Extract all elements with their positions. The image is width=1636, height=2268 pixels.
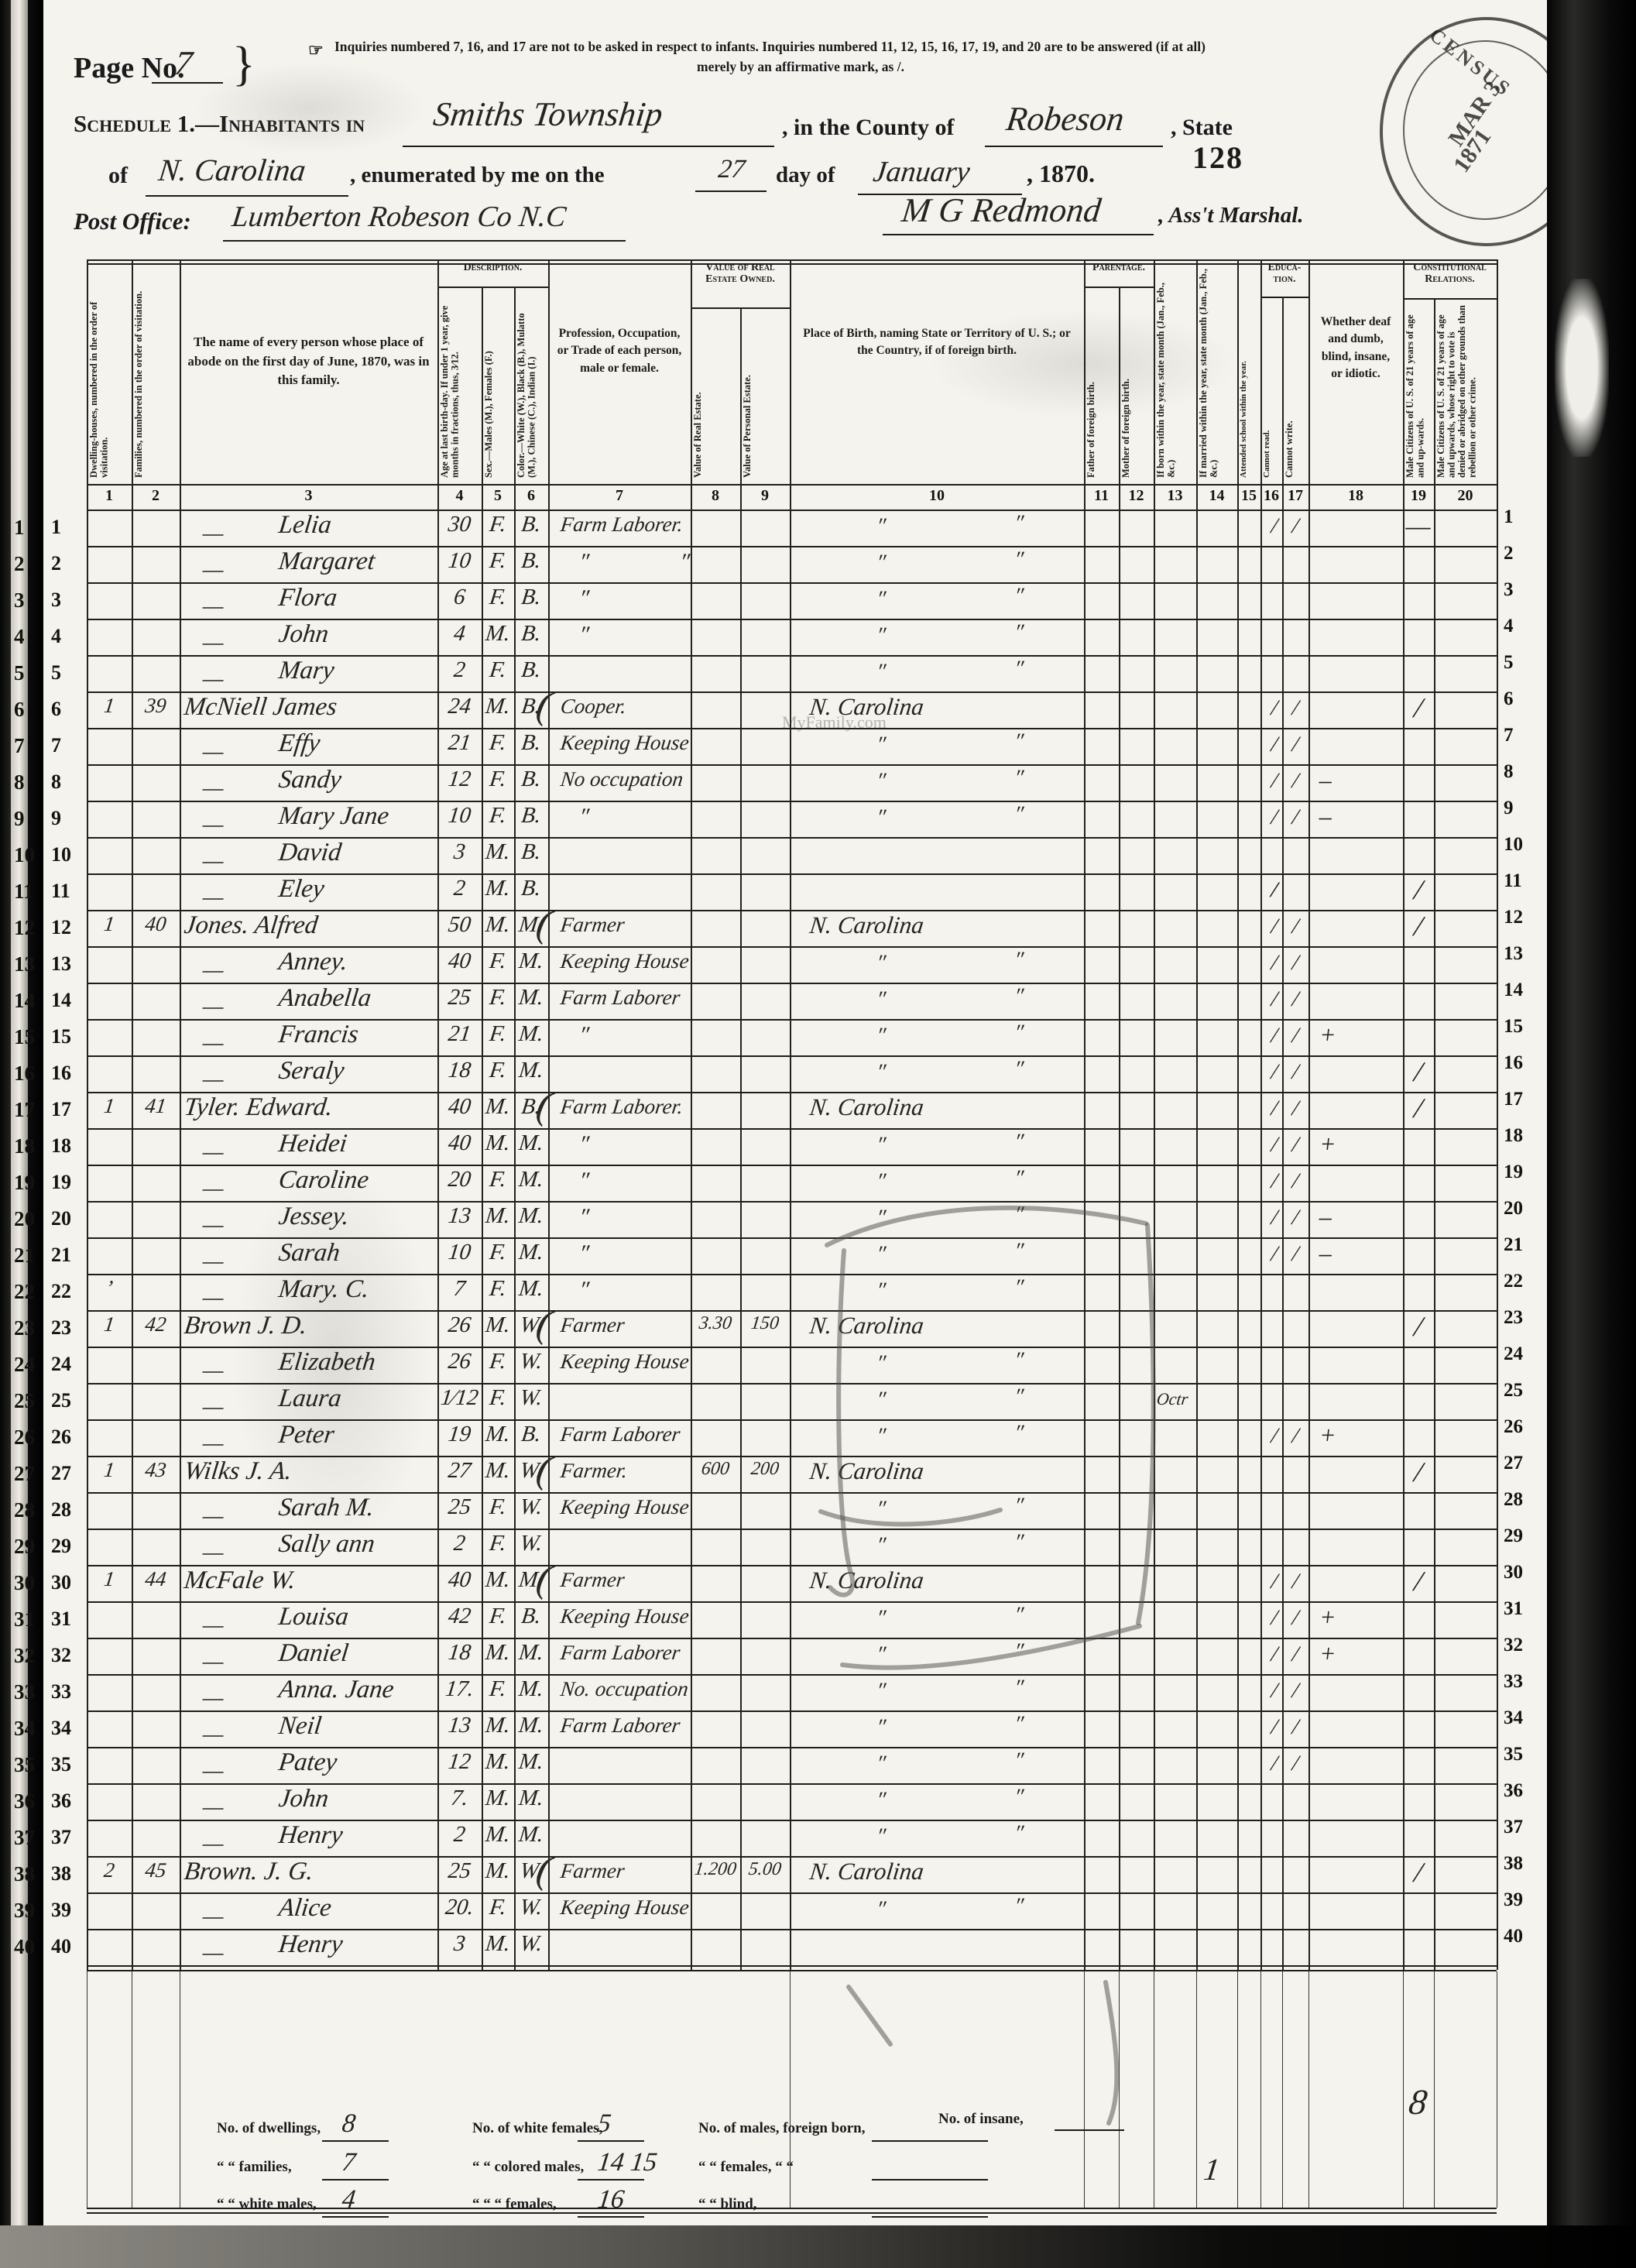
row-26-age: 19	[436, 1422, 483, 1447]
row-12-cannot-read-mark: /	[1259, 914, 1284, 939]
right-row-number-23: 23	[1504, 1307, 1523, 1329]
row-5-age: 2	[436, 658, 483, 683]
right-row-number-21: 21	[1504, 1234, 1523, 1256]
row-25-birthplace-ditto-2: ″	[1013, 1384, 1025, 1409]
row-21-name: Sarah	[277, 1239, 341, 1268]
summary-3-2-value: 16	[596, 2185, 626, 2215]
column-number-7: 7	[548, 487, 691, 505]
row-13-name: Anney.	[277, 948, 349, 976]
row-25-born-month: Octr	[1155, 1389, 1189, 1409]
row-4-surname-ditto-dash: —	[201, 630, 225, 656]
row-23-name: Brown J. D.	[183, 1312, 309, 1340]
row-15-birthplace-ditto-1: ″	[875, 1024, 887, 1048]
row-24-color: W.	[513, 1350, 550, 1374]
row-13-surname-ditto-dash: —	[201, 957, 225, 983]
left-inner-row-number-11: 11	[51, 880, 70, 903]
right-row-number-28: 28	[1504, 1489, 1523, 1511]
row-37-color: M.	[513, 1823, 550, 1848]
row-21-sex: F.	[480, 1240, 516, 1265]
right-edge-highlight	[1555, 279, 1609, 457]
row-37-sex: M.	[480, 1823, 516, 1848]
column-title-9: Value of Personal Estate.	[743, 311, 787, 478]
row-30-birthplace: N. Carolina	[808, 1566, 925, 1594]
row-39-age: 20.	[436, 1896, 483, 1920]
left-inner-row-number-16: 16	[51, 1062, 71, 1085]
summary-1-3-line	[872, 2140, 988, 2142]
right-row-number-16: 16	[1504, 1052, 1523, 1074]
row-31-deaf-dumb-mark: +	[1318, 1603, 1338, 1632]
row-8-surname-ditto-dash: —	[201, 775, 225, 801]
row-13-occupation: Keeping House	[559, 949, 691, 973]
summary-2-1-line	[322, 2179, 389, 2181]
row-7-sex: F.	[480, 731, 516, 756]
row-18-occupation: ″	[578, 1131, 591, 1158]
row-23-occupation: Farmer	[559, 1313, 626, 1337]
column-title-17: Cannot write.	[1284, 300, 1306, 478]
row-33-name: Anna. Jane	[277, 1676, 396, 1704]
row-1-color: B.	[513, 513, 550, 537]
row-8-name: Sandy	[277, 766, 343, 794]
column-title-18: Whether deaf and dumb, blind, insane, or…	[1315, 314, 1397, 383]
header-bottom-rule	[87, 484, 1497, 486]
row-27-personal-estate-value: 200	[739, 1459, 791, 1479]
row-26-birthplace-ditto-1: ″	[875, 1424, 887, 1449]
row-9-color: B.	[513, 804, 550, 829]
row-3-color: B.	[513, 585, 550, 610]
row-30-cannot-write-mark: /	[1281, 1570, 1310, 1594]
right-row-number-18: 18	[1504, 1125, 1523, 1147]
row-13-sex: F.	[480, 949, 516, 974]
row-12-age: 50	[436, 913, 483, 938]
row-35-birthplace-ditto-2: ″	[1013, 1748, 1025, 1773]
row-38-age: 25	[436, 1859, 483, 1884]
row-4-birthplace-ditto-1: ″	[875, 623, 887, 648]
row-16-cannot-write-mark: /	[1281, 1060, 1310, 1085]
table-top-rule	[87, 259, 1497, 261]
column-number-15: 15	[1237, 487, 1260, 505]
column-line-2	[180, 259, 181, 1970]
row-34-age: 13	[436, 1714, 483, 1738]
row-39-birthplace-ditto-2: ″	[1013, 1894, 1025, 1919]
summary-column-line-18	[1403, 1971, 1404, 2208]
summary-3-2-line	[578, 2216, 644, 2218]
row-30-family: 44	[130, 1568, 181, 1591]
row-6-dwelling: 1	[85, 695, 133, 718]
row-37-birthplace-ditto-1: ″	[875, 1824, 887, 1849]
row-1-name: Lelia	[277, 511, 333, 540]
column-title-10: Place of Birth, naming State or Territor…	[796, 325, 1078, 360]
summary-insane-line	[1055, 2129, 1124, 2131]
row-33-color: M.	[513, 1677, 550, 1702]
row-14-surname-ditto-dash: —	[201, 993, 225, 1020]
row-line-40	[87, 1965, 1497, 1967]
row-1-birthplace-ditto-1: ″	[875, 514, 887, 539]
row-25-name: Laura	[277, 1384, 343, 1413]
left-inner-row-number-19: 19	[51, 1171, 71, 1194]
row-33-cannot-write-mark: /	[1281, 1679, 1310, 1704]
summary-column-line-19	[1434, 1971, 1435, 2208]
row-36-age: 7.	[436, 1786, 483, 1811]
row-2-color: B.	[513, 549, 550, 574]
row-33-birthplace-ditto-2: ″	[1013, 1676, 1025, 1700]
group-header-education: Educa-tion.	[1262, 262, 1307, 285]
row-19-age: 20	[436, 1168, 483, 1192]
column-title-19: Male Citizens of U. S. of 21 years of ag…	[1405, 302, 1432, 478]
left-inner-row-number-6: 6	[51, 698, 61, 721]
row-36-name: John	[277, 1785, 331, 1813]
right-row-number-22: 22	[1504, 1271, 1523, 1292]
left-inner-row-number-22: 22	[51, 1280, 71, 1303]
row-16-age: 18	[436, 1059, 483, 1083]
state-label: , State	[1171, 115, 1233, 141]
row-4-occupation: ″	[578, 622, 591, 648]
row-8-birthplace-ditto-2: ″	[1013, 766, 1025, 791]
row-6-color: B.	[513, 695, 550, 719]
row-26-color: B.	[513, 1422, 550, 1447]
left-inner-row-number-37: 37	[51, 1826, 71, 1849]
right-row-number-17: 17	[1504, 1089, 1523, 1110]
post-office-value: Lumberton Robeson Co N.C	[230, 200, 568, 234]
row-19-cannot-read-mark: /	[1259, 1169, 1284, 1194]
column-number-9: 9	[740, 487, 790, 505]
row-38-real-estate-value: 1.200	[689, 1859, 741, 1879]
state-value: N. Carolina	[156, 152, 307, 188]
right-row-number-14: 14	[1504, 980, 1523, 1001]
row-4-sex: M.	[480, 622, 516, 647]
row-13-color: M.	[513, 949, 550, 974]
row-13-birthplace-ditto-1: ″	[875, 951, 887, 976]
column-number-20: 20	[1434, 487, 1497, 505]
row-20-color: M.	[513, 1204, 550, 1229]
row-15-cannot-read-mark: /	[1259, 1024, 1284, 1048]
row-17-sex: M.	[480, 1095, 516, 1120]
left-inner-row-number-27: 27	[51, 1462, 71, 1485]
right-row-number-34: 34	[1504, 1707, 1523, 1729]
row-36-birthplace-ditto-2: ″	[1013, 1785, 1025, 1810]
row-26-deaf-dumb-mark: +	[1318, 1421, 1338, 1450]
row-15-color: M.	[513, 1022, 550, 1047]
left-inner-row-number-3: 3	[51, 588, 61, 612]
row-25-birthplace-ditto-1: ″	[875, 1388, 887, 1412]
row-23-color: W.	[513, 1313, 550, 1338]
left-inner-row-number-35: 35	[51, 1753, 71, 1776]
row-5-birthplace-ditto-1: ″	[875, 660, 887, 685]
row-36-sex: M.	[480, 1786, 516, 1811]
row-27-family: 43	[130, 1459, 181, 1482]
column-title-14: If married within the year, state month …	[1199, 263, 1235, 478]
row-4-name: John	[277, 620, 331, 649]
row-8-deaf-dumb-mark: –	[1318, 766, 1334, 794]
row-38-citizen-mark: /	[1401, 1856, 1435, 1889]
row-35-age: 12	[436, 1750, 483, 1775]
row-8-cannot-read-mark: /	[1259, 769, 1284, 794]
right-row-number-24: 24	[1504, 1343, 1523, 1365]
row-18-name: Heidei	[277, 1130, 349, 1158]
column-title-5: Sex.—Males (M.), Females (F.)	[484, 290, 512, 478]
row-12-birthplace: N. Carolina	[808, 911, 925, 939]
column-line-12	[1154, 259, 1155, 1970]
row-21-surname-ditto-dash: —	[201, 1248, 225, 1275]
row-2-age: 10	[436, 549, 483, 574]
row-14-age: 25	[436, 986, 483, 1010]
column-line-13	[1196, 259, 1198, 1970]
row-19-color: M.	[513, 1168, 550, 1192]
row-1-sex: F.	[480, 513, 516, 537]
row-31-surname-ditto-dash: —	[201, 1612, 225, 1638]
row-9-name: Mary Jane	[277, 802, 391, 831]
summary-2-2-label: “ “ colored males,	[472, 2159, 584, 2176]
census-page-scan: Page No. 7 } ☞ Inquiries numbered 7, 16,…	[0, 0, 1636, 2268]
column-number-8: 8	[691, 487, 740, 505]
row-27-dwelling: 1	[85, 1459, 133, 1482]
summary-2-3-label: “ “ females, “ “	[698, 2159, 794, 2176]
row-18-birthplace-ditto-1: ″	[875, 1133, 887, 1158]
row-6-cannot-write-mark: /	[1281, 696, 1310, 721]
month-value: January	[871, 155, 972, 189]
row-8-age: 12	[436, 767, 483, 792]
row-12-family: 40	[130, 913, 181, 936]
row-15-birthplace-ditto-2: ″	[1013, 1021, 1025, 1045]
column-title-2: Families, numbered in the order of visit…	[134, 263, 177, 478]
column-number-13: 13	[1154, 487, 1196, 505]
summary-insane-label: No. of insane,	[938, 2111, 1024, 2128]
left-inner-row-number-2: 2	[51, 552, 61, 575]
left-inner-row-number-23: 23	[51, 1316, 71, 1340]
row-32-birthplace-ditto-1: ″	[875, 1642, 887, 1667]
row-14-occupation: Farm Laborer	[559, 986, 681, 1010]
row-19-occupation: ″	[578, 1168, 591, 1194]
right-row-number-13: 13	[1504, 943, 1523, 965]
row-11-surname-ditto-dash: —	[201, 884, 225, 911]
left-inner-row-number-20: 20	[51, 1207, 71, 1230]
row-14-cannot-write-mark: /	[1281, 987, 1310, 1012]
summary-column-line-15	[1260, 1971, 1261, 2208]
row-16-name: Seraly	[277, 1057, 346, 1086]
row-9-birthplace-ditto-1: ″	[875, 805, 887, 830]
row-23-citizen-mark: /	[1401, 1310, 1435, 1343]
row-38-color: W.	[513, 1859, 550, 1884]
row-10-name: David	[277, 839, 343, 867]
left-inner-row-number-8: 8	[51, 770, 61, 794]
row-18-color: M.	[513, 1131, 550, 1156]
row-26-cannot-write-mark: /	[1281, 1424, 1310, 1449]
right-row-number-9: 9	[1504, 798, 1514, 819]
row-6-family: 39	[130, 695, 181, 718]
enum-label: , enumerated by me on the	[350, 163, 605, 188]
row-28-color: W.	[513, 1495, 550, 1520]
column-title-16: Cannot read.	[1263, 300, 1280, 478]
row-12-name: Jones. Alfred	[183, 911, 320, 940]
row-9-sex: F.	[480, 804, 516, 829]
right-row-number-11: 11	[1504, 870, 1522, 892]
left-inner-row-number-36: 36	[51, 1789, 71, 1813]
row-16-surname-ditto-dash: —	[201, 1066, 225, 1093]
column-number-2: 2	[132, 487, 180, 505]
row-15-age: 21	[436, 1022, 483, 1047]
row-30-dwelling: 1	[85, 1568, 133, 1591]
row-1-age: 30	[436, 513, 483, 537]
row-1-cannot-write-mark: /	[1281, 514, 1310, 539]
left-inner-row-number-14: 14	[51, 989, 71, 1012]
summary-2-1-value: 7	[341, 2148, 358, 2177]
row-10-surname-ditto-dash: —	[201, 848, 225, 874]
right-row-number-19: 19	[1504, 1161, 1523, 1183]
row-25-color: W.	[513, 1386, 550, 1411]
left-inner-row-number-17: 17	[51, 1098, 71, 1121]
row-17-birthplace: N. Carolina	[808, 1093, 925, 1121]
summary-column-line-10	[1084, 1971, 1085, 2208]
row-11-cannot-read-mark: //	[1259, 878, 1284, 903]
row-22-birthplace-ditto-2: ″	[1013, 1275, 1025, 1300]
row-5-surname-ditto-dash: —	[201, 666, 225, 692]
row-31-cannot-write-mark: /	[1281, 1606, 1310, 1631]
summary-1-2-line	[578, 2140, 644, 2142]
summary-column-line-2	[180, 1971, 180, 2208]
row-3-name: Flora	[277, 584, 339, 612]
column-line-10	[1084, 259, 1086, 1970]
column-title-8: Value of Real Estate.	[693, 311, 738, 478]
column-number-19: 19	[1403, 487, 1434, 505]
right-row-number-7: 7	[1504, 725, 1514, 746]
right-row-number-31: 31	[1504, 1598, 1523, 1620]
row-40-age: 3	[436, 1932, 483, 1957]
column-line-7	[691, 259, 692, 1970]
row-24-age: 26	[436, 1350, 483, 1374]
row-10-sex: M.	[480, 840, 516, 865]
summary-3-2-label: “ “ “ females,	[472, 2196, 557, 2213]
row-38-personal-estate-value: 5.00	[739, 1859, 791, 1879]
row-14-cannot-read-mark: /	[1259, 987, 1284, 1012]
row-38-dwelling: 2	[85, 1859, 133, 1882]
row-19-name: Caroline	[277, 1166, 371, 1195]
page-no-value: 7	[173, 43, 194, 83]
right-row-number-32: 32	[1504, 1635, 1523, 1656]
row-17-name: Tyler. Edward.	[183, 1093, 334, 1122]
row-16-birthplace-ditto-1: ″	[875, 1060, 887, 1085]
marshal-signature: M G Redmond	[900, 190, 1103, 230]
column-line-14	[1237, 259, 1239, 1970]
right-row-number-8: 8	[1504, 761, 1514, 783]
row-21-birthplace-ditto-1: ″	[875, 1242, 887, 1267]
row-28-age: 25	[436, 1495, 483, 1520]
summary-tally-col19: 8	[1407, 2081, 1430, 2122]
row-3-surname-ditto-dash: —	[201, 593, 225, 619]
row-25-age: 1⁄12	[436, 1386, 483, 1411]
row-29-surname-ditto-dash: —	[201, 1539, 225, 1566]
row-38-sex: M.	[480, 1859, 516, 1884]
row-40-sex: M.	[480, 1932, 516, 1957]
left-inner-row-number-28: 28	[51, 1498, 71, 1522]
row-28-surname-ditto-dash: —	[201, 1503, 225, 1529]
summary-column-line-20	[1497, 1971, 1497, 2208]
row-22-name: Mary. C.	[277, 1275, 371, 1304]
row-36-birthplace-ditto-1: ″	[875, 1788, 887, 1813]
group-header-constitutional-rule	[1403, 298, 1497, 300]
row-22-dwelling: ’	[85, 1277, 133, 1300]
right-row-number-4: 4	[1504, 616, 1514, 637]
row-24-occupation: Keeping House	[559, 1350, 691, 1374]
row-21-age: 10	[436, 1240, 483, 1265]
row-40-surname-ditto-dash: —	[201, 1940, 225, 1966]
row-30-age: 40	[436, 1568, 483, 1593]
row-34-color: M.	[513, 1714, 550, 1738]
row-16-citizen-mark: /	[1401, 1055, 1435, 1088]
left-inner-row-number-13: 13	[51, 952, 71, 976]
right-row-number-33: 33	[1504, 1671, 1523, 1693]
row-2-surname-ditto-dash: —	[201, 557, 225, 583]
row-3-occupation: ″	[578, 585, 591, 612]
row-37-birthplace-ditto-2: ″	[1013, 1821, 1025, 1846]
row-11-sex: M.	[480, 877, 516, 901]
row-3-birthplace-ditto-2: ″	[1013, 584, 1025, 609]
row-22-color: M.	[513, 1277, 550, 1302]
day-value: 27	[717, 155, 747, 184]
row-30-cannot-read-mark: /	[1259, 1570, 1284, 1594]
row-34-birthplace-ditto-2: ″	[1013, 1712, 1025, 1737]
summary-3-1-label: “ “ white males,	[217, 2196, 317, 2213]
row-18-age: 40	[436, 1131, 483, 1156]
notice-line1: Inquiries numbered 7, 16, and 17 are not…	[334, 39, 1326, 55]
left-inner-row-number-26: 26	[51, 1426, 71, 1449]
right-row-number-10: 10	[1504, 834, 1523, 856]
row-23-family: 42	[130, 1313, 181, 1336]
row-2-occupation: ″ ″	[578, 549, 691, 575]
summary-column-line-17	[1308, 1971, 1309, 2208]
row-24-birthplace-ditto-1: ″	[875, 1351, 887, 1376]
column-title-11: Father of foreign birth.	[1086, 290, 1116, 478]
row-15-deaf-dumb-mark: +	[1318, 1021, 1338, 1049]
row-30-occupation: Farmer	[559, 1568, 626, 1592]
summary-1-1-line	[322, 2140, 389, 2142]
summary-2-2-line	[578, 2179, 644, 2181]
summary-3-1-value: 4	[341, 2185, 358, 2215]
row-19-birthplace-ditto-2: ″	[1013, 1166, 1025, 1191]
right-row-number-40: 40	[1504, 1926, 1523, 1947]
row-19-sex: F.	[480, 1168, 516, 1192]
right-row-number-37: 37	[1504, 1817, 1523, 1838]
summary-1-1-label: No. of dwellings,	[217, 2120, 321, 2137]
row-22-age: 7	[436, 1277, 483, 1302]
census-table: Description.Value of Real Estate Owned.P…	[87, 259, 1497, 2218]
row-27-color: W.	[513, 1459, 550, 1484]
row-17-color: B.	[513, 1095, 550, 1120]
row-22-sex: F.	[480, 1277, 516, 1302]
row-6-cannot-read-mark: /	[1259, 696, 1284, 721]
summary-1-2-label: No. of white females,	[472, 2120, 602, 2137]
row-22-surname-ditto-dash: —	[201, 1285, 225, 1311]
row-23-dwelling: 1	[85, 1313, 133, 1336]
row-23-birthplace: N. Carolina	[808, 1312, 925, 1340]
row-18-deaf-dumb-mark: +	[1318, 1130, 1338, 1158]
row-18-cannot-read-mark: /	[1259, 1133, 1284, 1158]
row-35-cannot-read-mark: /	[1259, 1752, 1284, 1776]
row-32-surname-ditto-dash: —	[201, 1649, 225, 1675]
row-39-color: W.	[513, 1896, 550, 1920]
row-35-cannot-write-mark: /	[1281, 1752, 1310, 1776]
row-8-sex: F.	[480, 767, 516, 792]
summary-column-line-16	[1282, 1971, 1283, 2208]
column-number-14: 14	[1196, 487, 1237, 505]
row-26-birthplace-ditto-2: ″	[1013, 1421, 1025, 1446]
row-8-birthplace-ditto-1: ″	[875, 769, 887, 794]
row-23-real-estate-value: 3.30	[689, 1313, 741, 1333]
row-32-color: M.	[513, 1641, 550, 1666]
row-37-name: Henry	[277, 1821, 345, 1850]
row-20-deaf-dumb-mark: –	[1318, 1203, 1334, 1231]
row-13-cannot-write-mark: /	[1281, 951, 1310, 976]
row-18-cannot-write-mark: /	[1281, 1133, 1310, 1158]
right-row-number-29: 29	[1504, 1525, 1523, 1547]
